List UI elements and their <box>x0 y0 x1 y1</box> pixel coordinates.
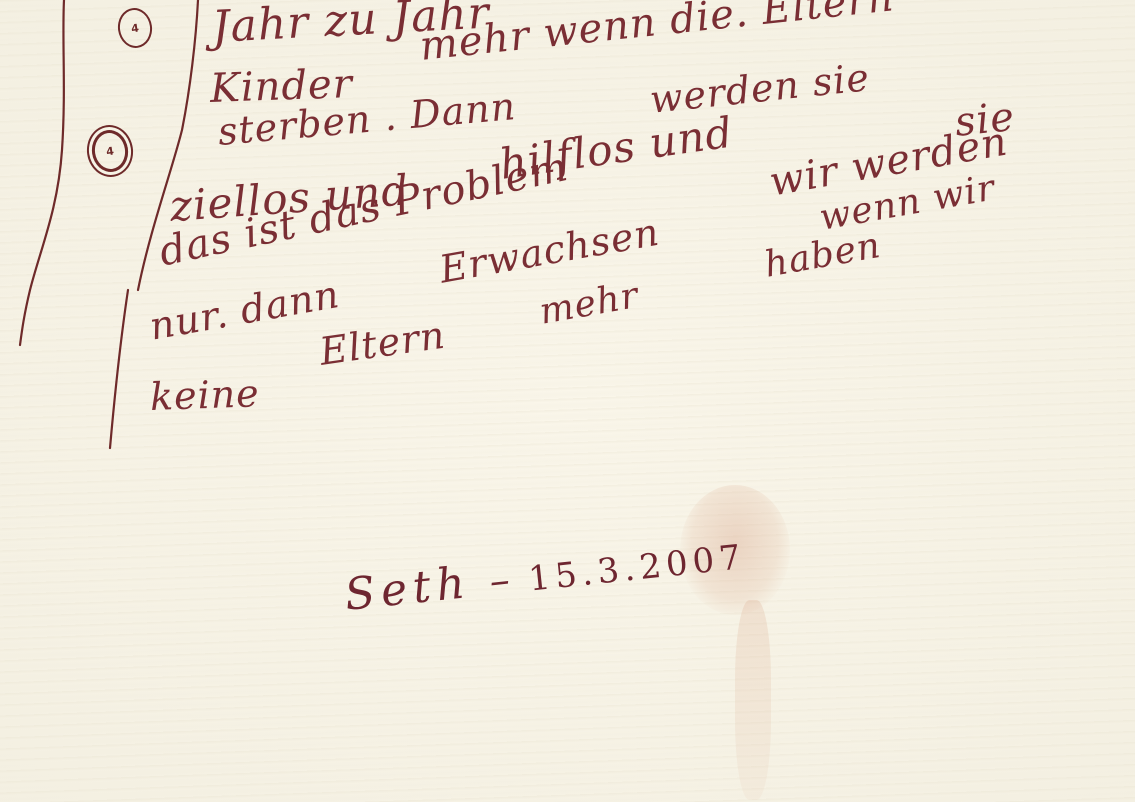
handwritten-line-8: keine <box>149 371 260 419</box>
signature-separator: – <box>487 557 512 605</box>
